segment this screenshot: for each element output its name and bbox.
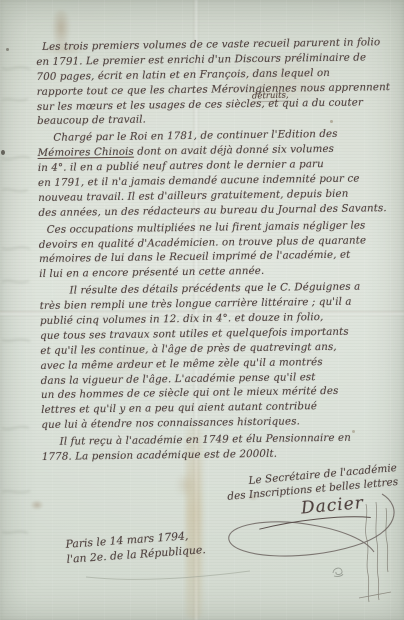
paragraph: Les trois premiers volumes de ce vaste r…: [36, 35, 403, 129]
paragraph: Il résulte des détails précédents que le…: [39, 279, 404, 433]
paragraph: Ces occupations multipliées ne lui firen…: [39, 218, 404, 283]
manuscript-body: Les trois premiers volumes de ce vaste r…: [36, 35, 404, 467]
dateline-pencil-flourish: [84, 568, 254, 584]
paragraph: Chargé par le Roi en 1781, de continuer …: [37, 126, 404, 220]
collector-mark: [330, 564, 346, 578]
margin-annotation-scribble: [352, 498, 398, 610]
verso-showthrough-marks: [0, 40, 34, 580]
manuscript-photo: Les trois premiers volumes de ce vaste r…: [0, 0, 404, 620]
text-line-rest: dont on avait déjà donné six volumes: [134, 143, 334, 158]
underlined-phrase: Mémoires Chinois: [37, 146, 133, 159]
interlinear-insertion: détruits,: [252, 92, 289, 103]
paragraph: Il fut reçu à l'académie en 1749 et élu …: [42, 430, 404, 465]
